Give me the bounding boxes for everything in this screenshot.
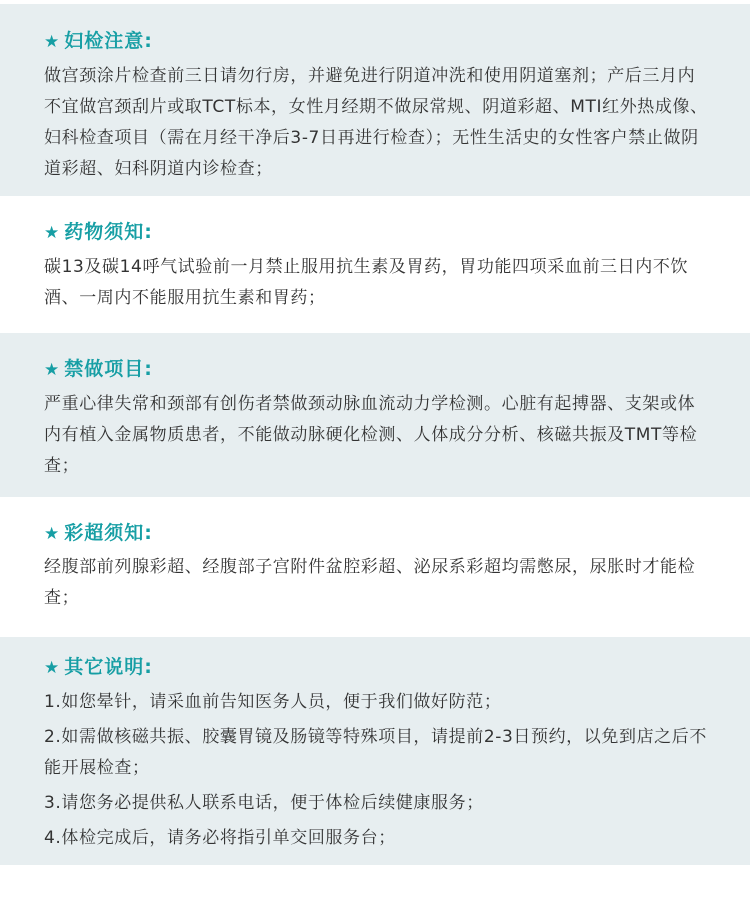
star-icon: ★ bbox=[44, 524, 60, 544]
section-title: ★彩超须知: bbox=[44, 521, 153, 546]
list-item: 2.如需做核磁共振、胶囊胃镜及肠镜等特殊项目，请提前2-3日预约，以免到店之后不… bbox=[44, 722, 710, 784]
section-title: ★禁做项目: bbox=[44, 357, 153, 382]
section-body: 碳13及碳14呼气试验前一月禁止服用抗生素及胃药，胃功能四项采血前三日内不饮酒、… bbox=[44, 252, 710, 314]
section-title-text: 禁做项目: bbox=[64, 358, 153, 380]
section-body: 1.如您晕针，请采血前告知医务人员，便于我们做好防范； 2.如需做核磁共振、胶囊… bbox=[44, 687, 710, 858]
notice-section-other: ★其它说明: 1.如您晕针，请采血前告知医务人员，便于我们做好防范； 2.如需做… bbox=[0, 637, 750, 865]
list-item: 4.体检完成后，请务必将指引单交回服务台； bbox=[44, 823, 710, 854]
paragraph: 做宫颈涂片检查前三日请勿行房，并避免进行阴道冲洗和使用阴道塞剂；产后三月内不宜做… bbox=[44, 61, 710, 185]
paragraph: 严重心律失常和颈部有创伤者禁做颈动脉血流动力学检测。心脏有起搏器、支架或体内有植… bbox=[44, 389, 710, 482]
paragraph: 碳13及碳14呼气试验前一月禁止服用抗生素及胃药，胃功能四项采血前三日内不饮酒、… bbox=[44, 252, 710, 314]
list-item: 3.请您务必提供私人联系电话，便于体检后续健康服务； bbox=[44, 788, 710, 819]
section-title: ★药物须知: bbox=[44, 220, 153, 245]
section-body: 做宫颈涂片检查前三日请勿行房，并避免进行阴道冲洗和使用阴道塞剂；产后三月内不宜做… bbox=[44, 61, 710, 185]
section-title-text: 彩超须知: bbox=[64, 522, 153, 544]
paragraph: 经腹部前列腺彩超、经腹部子宫附件盆腔彩超、泌尿系彩超均需憋尿，尿胀时才能检查； bbox=[44, 552, 710, 614]
section-title-text: 妇检注意: bbox=[64, 30, 153, 52]
notice-section-ultrasound: ★彩超须知: 经腹部前列腺彩超、经腹部子宫附件盆腔彩超、泌尿系彩超均需憋尿，尿胀… bbox=[0, 497, 750, 637]
notice-section-gynecology: ★妇检注意: 做宫颈涂片检查前三日请勿行房，并避免进行阴道冲洗和使用阴道塞剂；产… bbox=[0, 4, 750, 196]
section-title-text: 其它说明: bbox=[64, 656, 153, 678]
star-icon: ★ bbox=[44, 658, 60, 678]
notice-section-prohibited: ★禁做项目: 严重心律失常和颈部有创伤者禁做颈动脉血流动力学检测。心脏有起搏器、… bbox=[0, 333, 750, 497]
star-icon: ★ bbox=[44, 32, 60, 52]
star-icon: ★ bbox=[44, 360, 60, 380]
notice-section-medication: ★药物须知: 碳13及碳14呼气试验前一月禁止服用抗生素及胃药，胃功能四项采血前… bbox=[0, 196, 750, 333]
list-item: 1.如您晕针，请采血前告知医务人员，便于我们做好防范； bbox=[44, 687, 710, 718]
section-body: 经腹部前列腺彩超、经腹部子宫附件盆腔彩超、泌尿系彩超均需憋尿，尿胀时才能检查； bbox=[44, 552, 710, 614]
section-title: ★其它说明: bbox=[44, 655, 153, 680]
star-icon: ★ bbox=[44, 223, 60, 243]
section-body: 严重心律失常和颈部有创伤者禁做颈动脉血流动力学检测。心脏有起搏器、支架或体内有植… bbox=[44, 389, 710, 482]
section-title: ★妇检注意: bbox=[44, 29, 153, 54]
section-title-text: 药物须知: bbox=[64, 221, 153, 243]
